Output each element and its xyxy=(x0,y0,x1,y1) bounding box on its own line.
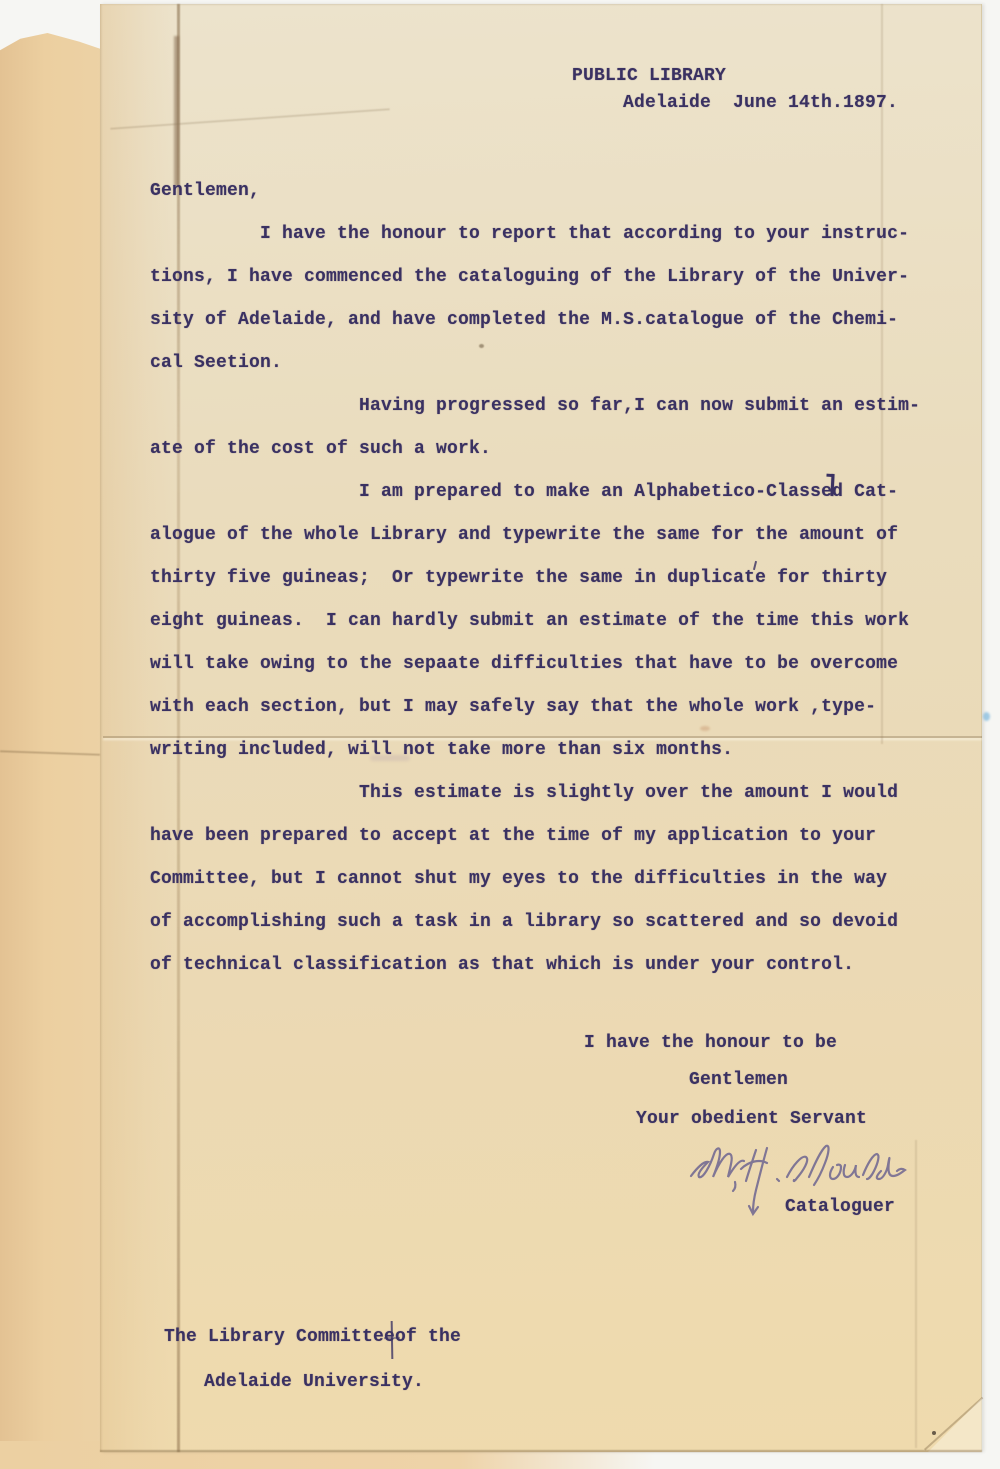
body-line: Having progressed so far,I can now submi… xyxy=(150,393,920,436)
letterhead-organization: PUBLIC LIBRARY xyxy=(572,66,726,86)
body-line: Committee, but I cannot shut my eyes to … xyxy=(150,866,920,909)
footer-addressee-line2: Adelaide University. xyxy=(204,1372,424,1392)
body-line: of technical classification as that whic… xyxy=(150,952,920,995)
letter-scan: PUBLIC LIBRARY Adelaide June 14th.1897. … xyxy=(0,0,1000,1469)
body-line: This estimate is slightly over the amoun… xyxy=(150,780,920,823)
body-line: I have the honour to report that accordi… xyxy=(150,221,920,264)
signature-ink-strokes xyxy=(683,1126,908,1246)
undersheet-page-edge xyxy=(0,33,113,1469)
closing-gentlemen-line: Gentlemen xyxy=(689,1070,788,1090)
closing-role: Cataloguer xyxy=(785,1197,895,1217)
body-line: alogue of the whole Library and typewrit… xyxy=(150,522,920,565)
body-line: of accomplishing such a task in a librar… xyxy=(150,909,920,952)
body-lines: Gentlemen, I have the honour to report t… xyxy=(150,178,920,995)
body-line: sity of Adelaide, and have completed the… xyxy=(150,307,920,350)
body-line: have been prepared to accept at the time… xyxy=(150,823,920,866)
body-line: eight guineas. I can hardly submit an es… xyxy=(150,608,920,651)
handwritten-signature: W.H. Ifould xyxy=(683,1126,908,1246)
ink-speck-blue xyxy=(983,712,990,721)
body-line: Gentlemen, xyxy=(150,178,920,221)
footer-addressee-line1: The Library Committeeof the xyxy=(164,1327,461,1347)
body-line: with each section, but I may safely say … xyxy=(150,694,920,737)
body-line: cal Seetion. xyxy=(150,350,920,393)
closing-honour-line: I have the honour to be xyxy=(584,1033,837,1053)
body-line: ate of the cost of such a work. xyxy=(150,436,920,479)
letterhead-dateline: Adelaide June 14th.1897. xyxy=(623,93,898,113)
corner-fold-shade xyxy=(928,1398,982,1452)
body-line: tions, I have commenced the cataloguing … xyxy=(150,264,920,307)
body-line: I am prepared to make an Alphabetico-Cla… xyxy=(150,479,920,522)
body-line: will take owing to the sepaate difficult… xyxy=(150,651,920,694)
body-line: thirty five guineas; Or typewrite the sa… xyxy=(150,565,920,608)
body-line: writing included, will not take more tha… xyxy=(150,737,920,780)
